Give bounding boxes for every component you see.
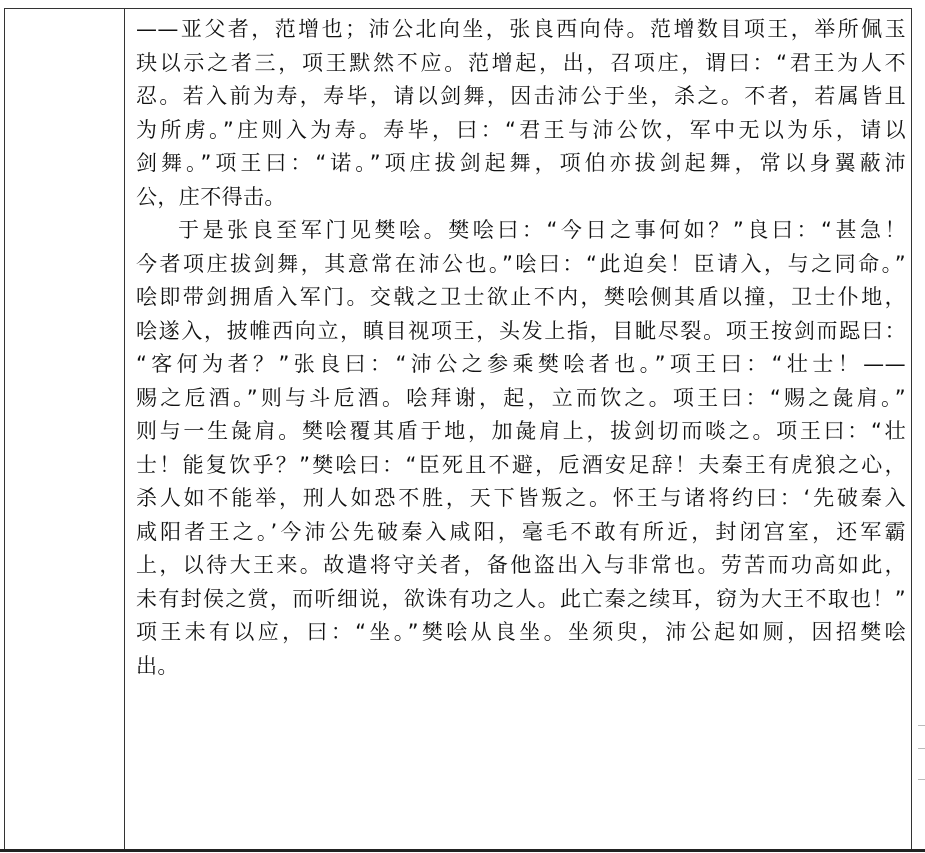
text-line: 则与一生彘肩。樊哙覆其盾于地，加彘肩上，拔剑切而啖之。项王曰：“壮: [136, 415, 906, 449]
paragraph-1: ——亚父者，范增也；沛公北向坐，张良西向侍。范增数目项王，举所佩玉 玦以示之者三…: [136, 13, 906, 214]
paragraph-2: 于是张良至军门见樊哙。樊哙曰：“今日之事何如？”良曰：“甚急！ 今者项庄拔剑舞，…: [136, 214, 906, 683]
text-line: 于是张良至军门见樊哙。樊哙曰：“今日之事何如？”良曰：“甚急！: [136, 214, 906, 248]
text-cell: ——亚父者，范增也；沛公北向坐，张良西向侍。范增数目项王，举所佩玉 玦以示之者三…: [136, 13, 906, 683]
text-line: 杀人如不能举，刑人如恐不胜，天下皆叛之。怀王与诸将约曰：‘先破秦入: [136, 482, 906, 516]
text-line: 为所虏。”庄则入为寿。寿毕，曰：“君王与沛公饮，军中无以为乐，请以: [136, 114, 906, 148]
text-line: 公，庄不得击。: [136, 181, 906, 215]
left-empty-cell: [5, 9, 125, 850]
text-line: 剑舞。”项王曰：“诺。”项庄拔剑起舞，项伯亦拔剑起舞，常以身翼蔽沛: [136, 147, 906, 181]
text-line: “客何为者？”张良曰：“沛公之参乘樊哙者也。”项王曰：“壮士！——: [136, 348, 906, 382]
margin-mark: [918, 725, 925, 726]
margin-mark: [918, 779, 925, 780]
text-line: 忍。若入前为寿，寿毕，请以剑舞，因击沛公于坐，杀之。不者，若属皆且: [136, 80, 906, 114]
margin-mark: [918, 748, 925, 749]
bottom-border: [0, 849, 925, 852]
text-line: 出。: [136, 650, 906, 684]
text-line: 赐之卮酒。”则与斗卮酒。哙拜谢，起，立而饮之。项王曰：“赐之彘肩。”: [136, 382, 906, 416]
text-line: 士！能复饮乎？”樊哙曰：“臣死且不避，卮酒安足辞！夫秦王有虎狼之心，: [136, 449, 906, 483]
text-line: 未有封侯之赏，而听细说，欲诛有功之人。此亡秦之续耳，窃为大王不取也！”: [136, 583, 906, 617]
text-line: 上，以待大王来。故遣将守关者，备他盗出入与非常也。劳苦而功高如此，: [136, 549, 906, 583]
text-line: ——亚父者，范增也；沛公北向坐，张良西向侍。范增数目项王，举所佩玉: [136, 13, 906, 47]
text-line: 今者项庄拔剑舞，其意常在沛公也。”哙曰：“此迫矣！臣请入，与之同命。”: [136, 248, 906, 282]
text-line: 项王未有以应，曰：“坐。”樊哙从良坐。坐须臾，沛公起如厕，因招樊哙: [136, 616, 906, 650]
text-line: 哙遂入，披帷西向立，瞋目视项王，头发上指，目眦尽裂。项王按剑而跽曰：: [136, 315, 906, 349]
text-line: 咸阳者王之。’今沛公先破秦入咸阳，毫毛不敢有所近，封闭宫室，还军霸: [136, 516, 906, 550]
document-table: ——亚父者，范增也；沛公北向坐，张良西向侍。范增数目项王，举所佩玉 玦以示之者三…: [4, 8, 912, 850]
text-line: 玦以示之者三，项王默然不应。范增起，出，召项庄，谓曰：“君王为人不: [136, 47, 906, 81]
text-line: 哙即带剑拥盾入军门。交戟之卫士欲止不内，樊哙侧其盾以撞，卫士仆地，: [136, 281, 906, 315]
